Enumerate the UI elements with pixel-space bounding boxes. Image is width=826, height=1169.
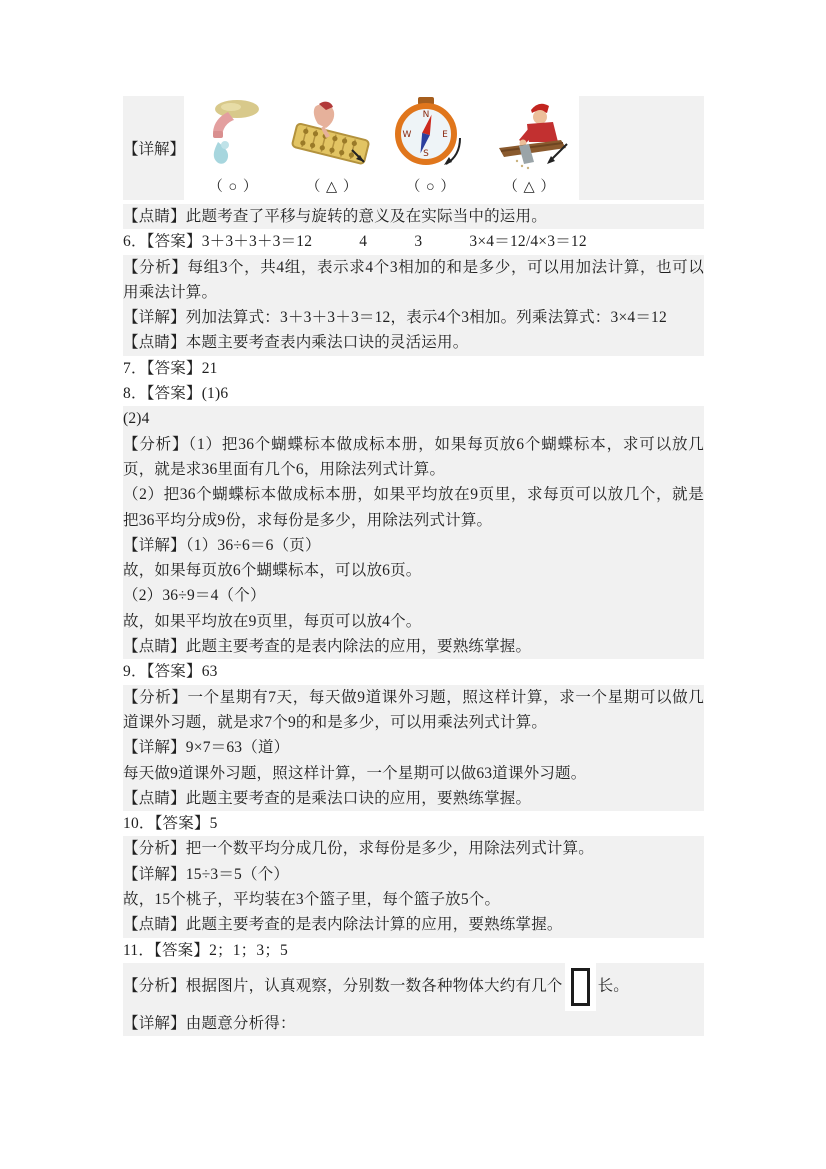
svg-text:W: W: [402, 130, 411, 140]
q5-remark-line: 【点睛】此题考查了平移与旋转的意义及在实际当中的运用。: [123, 204, 704, 229]
figure-row: （ ○ ）: [184, 96, 579, 200]
answer-sheet-content: 【详解】 （ ○ ）: [123, 96, 704, 1036]
compass-rotating-needle-icon: N E S W: [382, 96, 481, 176]
q6-remark-line: 【点睛】本题主要考查表内乘法口诀的灵活运用。: [123, 330, 704, 355]
answer-circle: （ ○ ）: [406, 176, 456, 200]
q10-detail-line: 【详解】15÷3＝5（个）: [123, 862, 704, 887]
q10-analysis-line: 【分析】把一个数平均分成几份，求每份是多少，用除法列式计算。: [123, 836, 704, 861]
q10-detail-result-line: 故，15个桃子，平均装在3个篮子里，每个篮子放5个。: [123, 887, 704, 912]
q9-detail-line: 【详解】9×7＝63（道）: [123, 735, 704, 760]
q6-answer-line: 6．【答案】3＋3＋3＋3＝12 4 3 3×4＝12/4×3＝12: [123, 229, 704, 254]
document-page: { "page": { "background": "#ffffff", "hi…: [0, 0, 826, 1169]
answer-circle: （ ○ ）: [208, 176, 258, 200]
answer-triangle: （ △ ）: [306, 176, 358, 200]
q8-analysis-part1-line: 【分析】（1）把36个蝴蝶标本做成标本册，如果每页放6个蝴蝶标本，求可以放几页，…: [123, 432, 704, 483]
svg-text:S: S: [423, 149, 429, 159]
q5-detail-figure-strip: 【详解】 （ ○ ）: [123, 96, 704, 200]
q8-remark-line: 【点睛】此题主要考查的是表内除法的应用，要熟练掌握。: [123, 634, 704, 659]
q8-detail-part2-result-line: 故，如果平均放在9页里，每页可以放4个。: [123, 609, 704, 634]
q6-detail-line: 【详解】列加法算式：3＋3＋3＋3＝12，表示4个3相加。列乘法算式：3×4＝1…: [123, 305, 704, 330]
q8-analysis-part2-line: （2）把36个蝴蝶标本做成标本册，如果平均放在9页里，求每页可以放几个，就是把3…: [123, 482, 704, 533]
q11-detail-line: 【详解】由题意分析得：: [123, 1011, 704, 1036]
q9-detail-result-line: 每天做9道课外习题，照这样计算，一个星期可以做63道课外习题。: [123, 761, 704, 786]
q11-analysis-before-text: 【分析】根据图片，认真观察，分别数一数各种物体大约有几个: [123, 977, 563, 994]
q10-answer-line: 10．【答案】5: [123, 811, 704, 836]
figure-faucet: （ ○ ）: [184, 96, 283, 200]
hand-abacus-slide-icon: [283, 96, 382, 176]
q8-detail-part1-line: 【详解】（1）36÷6＝6（页）: [123, 533, 704, 558]
q8-answer-part2-line: (2)4: [123, 406, 704, 431]
detail-label: 【详解】: [123, 96, 184, 200]
answer-triangle: （ △ ）: [503, 176, 555, 200]
q9-answer-line: 9．【答案】63: [123, 659, 704, 684]
square-unit-box-image: [565, 963, 596, 1011]
q9-analysis-line: 【分析】一个星期有7天，每天做9道课外习题，照这样计算，求一个星期可以做几道课外…: [123, 685, 704, 736]
svg-text:E: E: [442, 130, 448, 140]
svg-text:N: N: [423, 110, 430, 120]
figure-abacus: （ △ ）: [283, 96, 382, 200]
figure-strip-filler: [579, 96, 704, 200]
q6-analysis-line: 【分析】每组3个，共4组，表示求4个3相加的和是多少，可以用加法计算，也可以用乘…: [123, 255, 704, 306]
q8-detail-part2-line: （2）36÷9＝4（个）: [123, 583, 704, 608]
figure-sawing: （ △ ）: [480, 96, 579, 200]
q11-answer-line: 11．【答案】2；1；3；5: [123, 938, 704, 963]
person-sawing-wood-icon: [480, 96, 579, 176]
q11-analysis-line: 【分析】根据图片，认真观察，分别数一数各种物体大约有几个长。: [123, 963, 704, 1011]
q8-detail-part1-result-line: 故，如果每页放6个蝴蝶标本，可以放6页。: [123, 558, 704, 583]
q10-remark-line: 【点睛】此题主要考查的是表内除法计算的应用，要熟练掌握。: [123, 912, 704, 937]
q11-analysis-after-text: 长。: [598, 977, 629, 994]
q9-remark-line: 【点睛】此题主要考查的是乘法口诀的应用，要熟练掌握。: [123, 786, 704, 811]
faucet-dripping-water-icon: [184, 96, 283, 176]
q8-answer-line: 8．【答案】(1)6: [123, 381, 704, 406]
figure-compass: N E S W （ ○ ）: [382, 96, 481, 200]
q7-answer-line: 7．【答案】21: [123, 356, 704, 381]
